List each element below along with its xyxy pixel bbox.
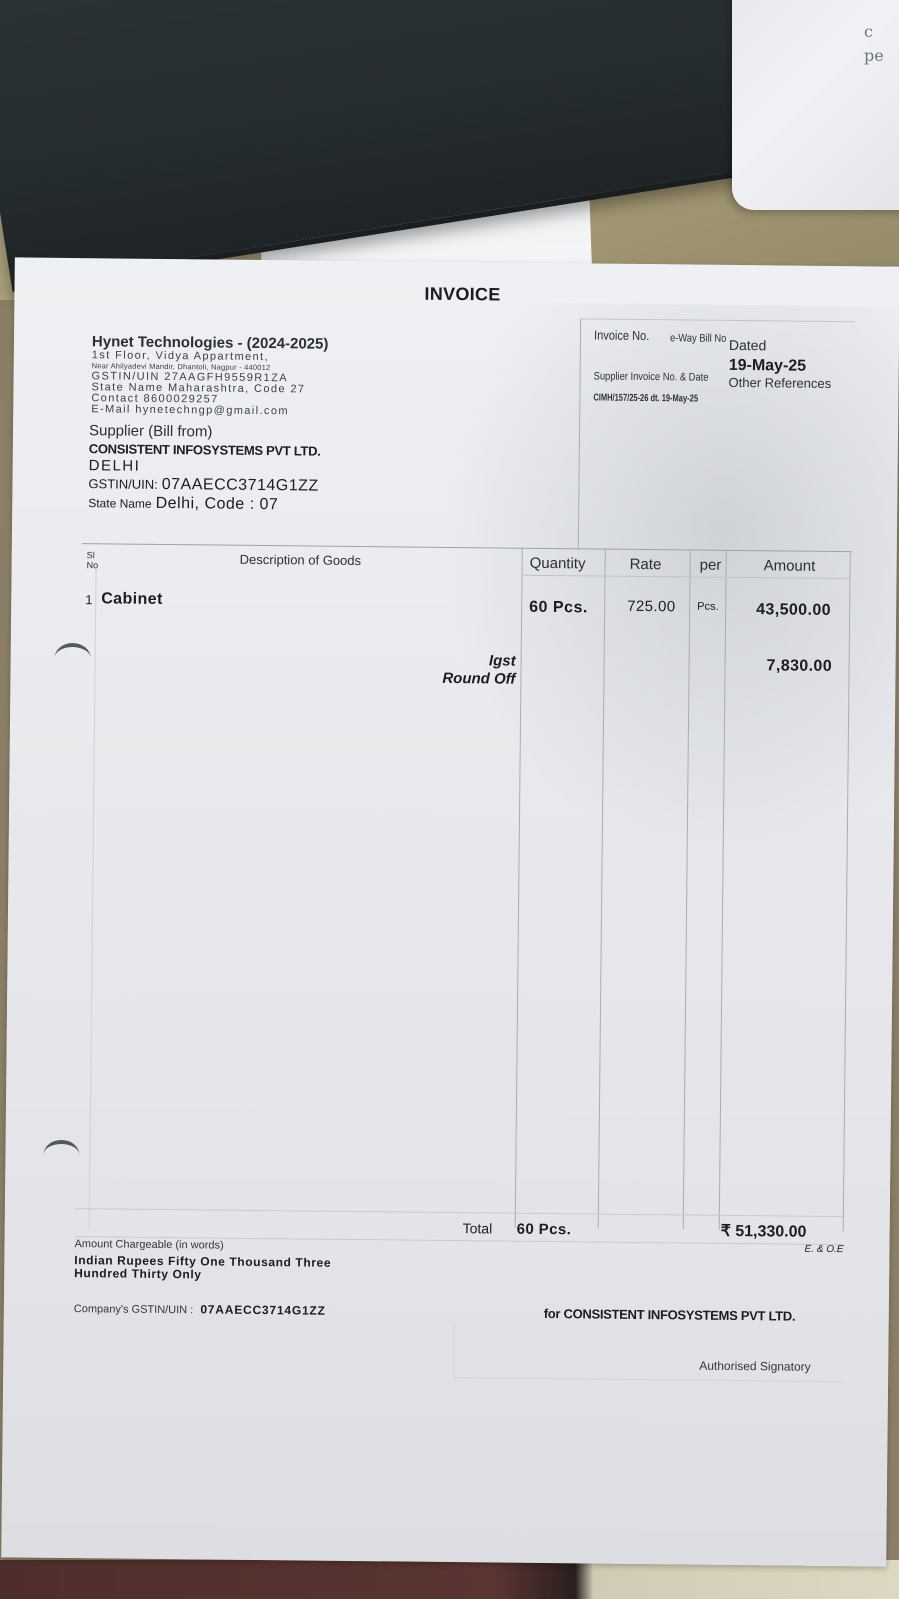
desk-bottom-surface xyxy=(0,1560,899,1599)
amount-words-line2: Hundred Thirty Only xyxy=(74,1267,331,1283)
column-divider xyxy=(683,549,691,1229)
supplier-gstin-value: 07AAECC3714G1ZZ xyxy=(162,476,319,495)
total-rule xyxy=(75,1208,845,1217)
item-rate: 725.00 xyxy=(627,598,675,616)
header-quantity: Quantity xyxy=(530,555,586,573)
corner-paper-text: pe xyxy=(864,44,884,68)
amount-words-label: Amount Chargeable (in words) xyxy=(74,1238,223,1252)
footer-rule xyxy=(453,1377,843,1382)
column-divider xyxy=(598,549,606,1229)
item-per: Pcs. xyxy=(697,601,719,613)
charge-label-igst: Igst xyxy=(489,652,516,669)
total-quantity: 60 Pcs. xyxy=(517,1221,572,1239)
supplier-invoice-value: CIMH/157/25-26 dt. 19-May-25 xyxy=(593,392,698,404)
invoice-no-label: Invoice No. xyxy=(594,327,649,343)
for-company: for CONSISTENT INFOSYSTEMS PVT LTD. xyxy=(544,1306,796,1324)
authorised-signatory: Authorised Signatory xyxy=(699,1359,811,1374)
supplier-gstin-label: GSTIN/UIN: xyxy=(88,476,157,492)
supplier-invoice-label: Supplier Invoice No. & Date xyxy=(594,370,709,383)
company-gstin-value: 07AAECC3714G1ZZ xyxy=(200,1302,326,1317)
charge-amount-igst: 7,830.00 xyxy=(766,657,832,676)
supplier-name: CONSISTENT INFOSYSTEMS PVT LTD. xyxy=(89,441,321,458)
item-description: Cabinet xyxy=(101,590,163,609)
supplier-block: Supplier (Bill from) CONSISTENT INFOSYST… xyxy=(88,422,321,514)
supplier-state-value: Delhi, Code : 07 xyxy=(156,495,279,513)
company-email: E-Mail hynetechngp@gmail.com xyxy=(91,404,328,417)
header-description: Description of Goods xyxy=(240,552,362,568)
corner-paper: c pe xyxy=(732,0,899,210)
eoe-text: E. & O.E xyxy=(805,1244,844,1255)
table-top-rule xyxy=(82,543,852,552)
total-label: Total xyxy=(463,1220,493,1236)
invoice-sheet: INVOICE Hynet Technologies - (2024-2025)… xyxy=(1,257,899,1566)
header-sl-no: Sl No xyxy=(87,550,95,570)
supplier-label: Supplier (Bill from) xyxy=(89,422,321,441)
company-gstin-label: Company's GSTIN/UIN : xyxy=(74,1303,194,1316)
other-references-label: Other References xyxy=(728,375,831,391)
charge-label-round-off: Round Off xyxy=(442,670,515,688)
header-amount: Amount xyxy=(764,557,816,575)
company-block: Hynet Technologies - (2024-2025) 1st Flo… xyxy=(91,333,328,417)
total-amount: ₹ 51,330.00 xyxy=(721,1221,807,1242)
header-per: per xyxy=(700,557,722,574)
supplier-gstin: GSTIN/UIN:07AAECC3714G1ZZ xyxy=(88,475,320,495)
supplier-state: State NameDelhi, Code : 07 xyxy=(88,494,320,514)
supplier-state-label: State Name xyxy=(88,496,152,511)
item-sl: 1 xyxy=(85,592,92,607)
company-gstin-footer: Company's GSTIN/UIN : 07AAECC3714G1ZZ xyxy=(74,1301,326,1318)
header-rate: Rate xyxy=(630,556,662,573)
corner-paper-text: c xyxy=(864,20,884,44)
dated-value: 19-May-25 xyxy=(729,357,807,376)
dated-label: Dated xyxy=(729,337,767,353)
supplier-city: DELHI xyxy=(89,457,321,476)
item-amount: 43,500.00 xyxy=(756,601,831,620)
column-divider xyxy=(719,550,727,1230)
footer-divider xyxy=(453,1322,455,1377)
amount-words: Indian Rupees Fifty One Thousand Three H… xyxy=(74,1254,331,1283)
invoice-meta: Invoice No. e-Way Bill No Dated 19-May-2… xyxy=(586,323,856,326)
header-rule xyxy=(522,575,850,579)
header-top-rule xyxy=(580,318,855,322)
invoice-title: INVOICE xyxy=(424,284,500,306)
punch-hole xyxy=(54,643,90,673)
header-divider xyxy=(578,318,581,548)
column-divider xyxy=(515,548,523,1228)
item-quantity: 60 Pcs. xyxy=(529,599,588,618)
column-divider xyxy=(843,551,851,1231)
eway-bill-label: e-Way Bill No xyxy=(670,332,726,345)
punch-hole xyxy=(43,1140,79,1170)
